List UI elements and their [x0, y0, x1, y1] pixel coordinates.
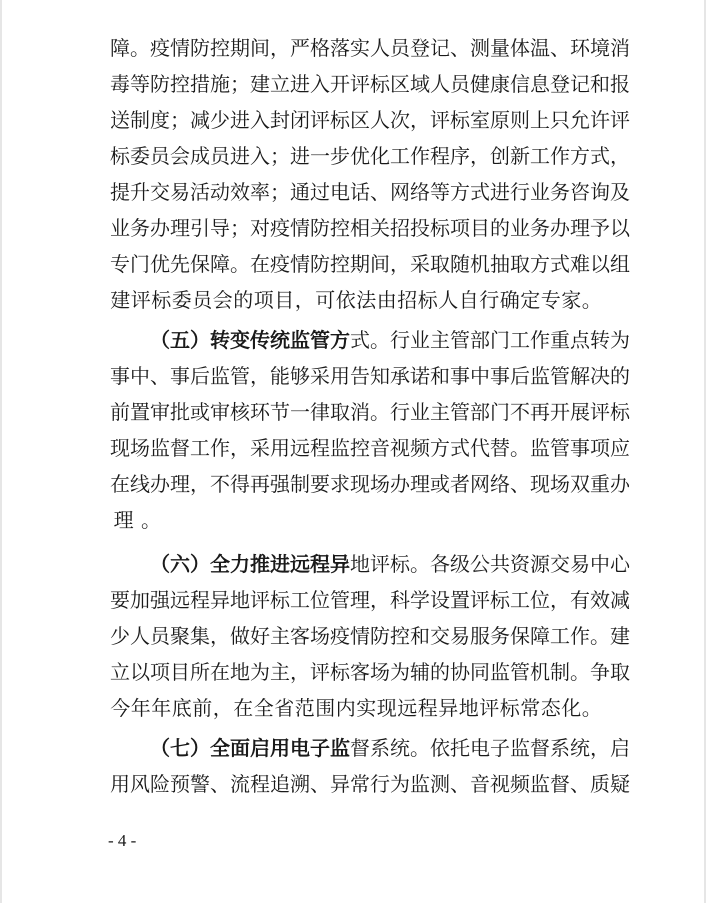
text-line: 在线办理，不得再强制要求现场办理或者网络、现场双重办 [110, 469, 602, 499]
text-line: 专门优先保障。在疫情防控期间，采取随机抽取方式难以组 [110, 249, 602, 279]
document-page: 障。疫情防控期间，严格落实人员登记、测量体温、环境消毒等防控措施；建立进入开评标… [0, 0, 706, 903]
text-line: （七）全面启用电子监督系统。依托电子监督系统，启 [110, 733, 602, 763]
text-line: （五）转变传统监管方式。行业主管部门工作重点转为 [110, 325, 602, 355]
text-line: 现场监督工作，采用远程监控音视频方式代替。监管事项应 [110, 433, 602, 463]
text-line: 标委员会成员进入；进一步优化工作程序，创新工作方式， [110, 141, 602, 171]
text-line: 建评标委员会的项目，可依法由招标人自行确定专家。 [110, 285, 602, 315]
text-line: 事中、事后监管，能够采用告知承诺和事中事后监管解决的 [110, 361, 602, 391]
text-line: 少人员聚集，做好主客场疫情防控和交易服务保障工作。建 [110, 621, 602, 651]
text-line: 送制度；减少进入封闭评标区人次，评标室原则上只允许评 [110, 105, 602, 135]
text-line: 立以项目所在地为主，评标客场为辅的协同监管机制。争取 [110, 657, 602, 687]
text-line: 用风险预警、流程追溯、异常行为监测、音视频监督、质疑 [110, 769, 602, 799]
text-line: 毒等防控措施；建立进入开评标区域人员健康信息登记和报 [110, 69, 602, 99]
text-line: （六）全力推进远程异地评标。各级公共资源交易中心 [110, 549, 602, 579]
page-number: - 4 - [108, 830, 136, 852]
text-line: 今年年底前，在全省范围内实现远程异地评标常态化。 [110, 693, 602, 723]
text-line: 要加强远程异地评标工位管理，科学设置评标工位，有效减 [110, 585, 602, 615]
text-line: 前置审批或审核环节一律取消。行业主管部门不再开展评标 [110, 397, 602, 427]
text-line: 提升交易活动效率；通过电话、网络等方式进行业务咨询及 [110, 177, 602, 207]
text-line: 业务办理引导；对疫情防控相关招投标项目的业务办理予以 [110, 213, 602, 243]
text-line: 理。 [110, 505, 602, 535]
text-line: 障。疫情防控期间，严格落实人员登记、测量体温、环境消 [110, 33, 602, 63]
